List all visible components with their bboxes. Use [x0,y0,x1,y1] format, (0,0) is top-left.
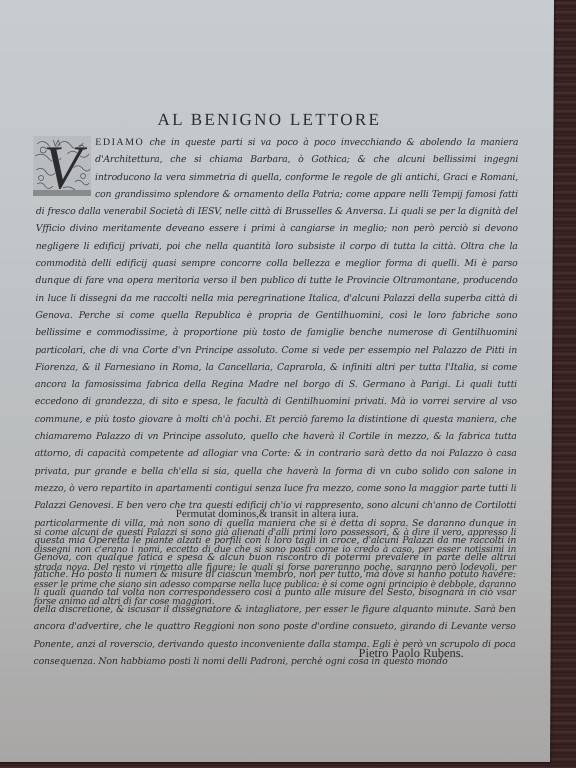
svg-text:V: V [43,136,87,196]
latin-motto: Permutat dominos,& transit in altera iur… [0,508,537,520]
lead-word: EDIAMO [95,137,144,148]
letter-postscript: si come alcuni de questi Palazzi si sono… [34,525,516,611]
page-title: AL BENIGNO LETTORE [0,110,539,130]
document-page: AL BENIGNO LETTORE [0,0,554,762]
author-signature: Pietro Paolo Rubens. [359,646,464,661]
decorated-initial-v-icon: V [33,136,91,196]
